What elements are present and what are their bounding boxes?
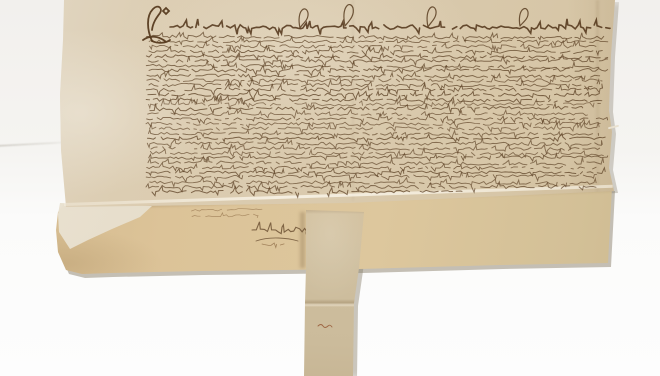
seal-tag-crease xyxy=(303,299,356,307)
tag-edge-shadow xyxy=(300,212,305,268)
parchment-crease xyxy=(596,0,599,200)
photograph xyxy=(0,0,660,376)
parchment-crease xyxy=(352,0,354,200)
